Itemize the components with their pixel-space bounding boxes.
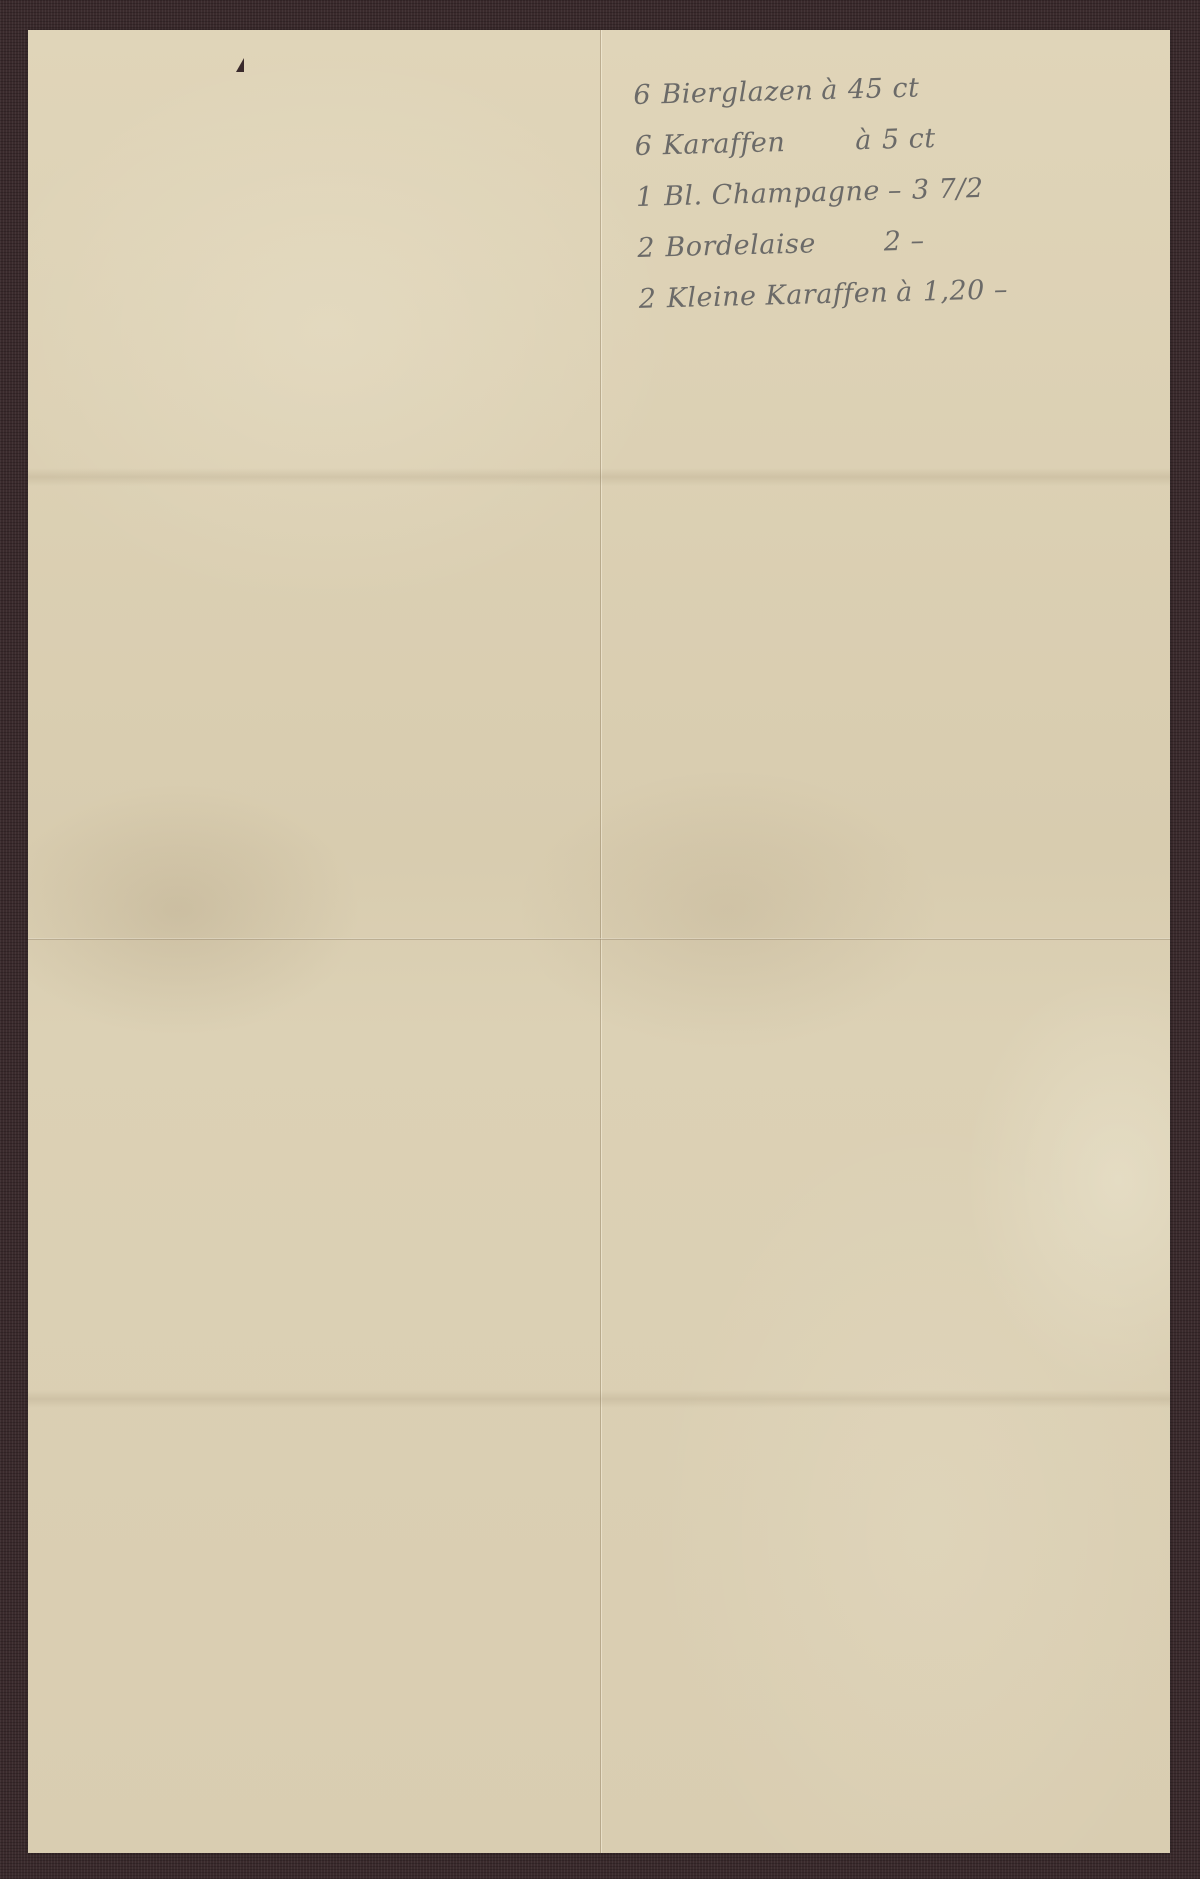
- item-price: 5 ct: [882, 123, 937, 155]
- item-name: Bierglazen: [661, 75, 814, 110]
- horizontal-fold: [28, 938, 1170, 940]
- item-name: Bordelaise: [665, 228, 816, 263]
- item-separator: à: [855, 125, 872, 156]
- item-price: 1,20 –: [922, 274, 1008, 307]
- item-price: 45 ct: [848, 73, 920, 106]
- upper-crease: [28, 468, 1170, 486]
- handwritten-list: 6 Bierglazen à 45 ct 6 Karaffen à 5 ct 1…: [633, 68, 1080, 334]
- item-price: 3 7/2: [911, 173, 984, 206]
- item-separator: à: [896, 277, 913, 308]
- item-separator: –: [888, 175, 903, 206]
- item-quantity: 6: [634, 130, 657, 162]
- vertical-fold: [600, 30, 601, 1853]
- item-quantity: 2: [637, 232, 660, 264]
- list-item: 2 Kleine Karaffen à 1,20 –: [638, 272, 1079, 335]
- item-quantity: 6: [633, 79, 656, 111]
- paper-tear: [236, 58, 244, 72]
- lower-crease: [28, 1390, 1170, 1408]
- item-name: Karaffen: [662, 127, 785, 161]
- item-name: Bl. Champagne: [664, 176, 881, 213]
- item-quantity: 1: [636, 181, 659, 213]
- item-name: Kleine Karaffen: [666, 277, 888, 314]
- item-price: 2 –: [883, 225, 925, 257]
- item-separator: à: [821, 75, 838, 106]
- item-quantity: 2: [638, 283, 661, 315]
- paper-sheet: 6 Bierglazen à 45 ct 6 Karaffen à 5 ct 1…: [28, 30, 1170, 1853]
